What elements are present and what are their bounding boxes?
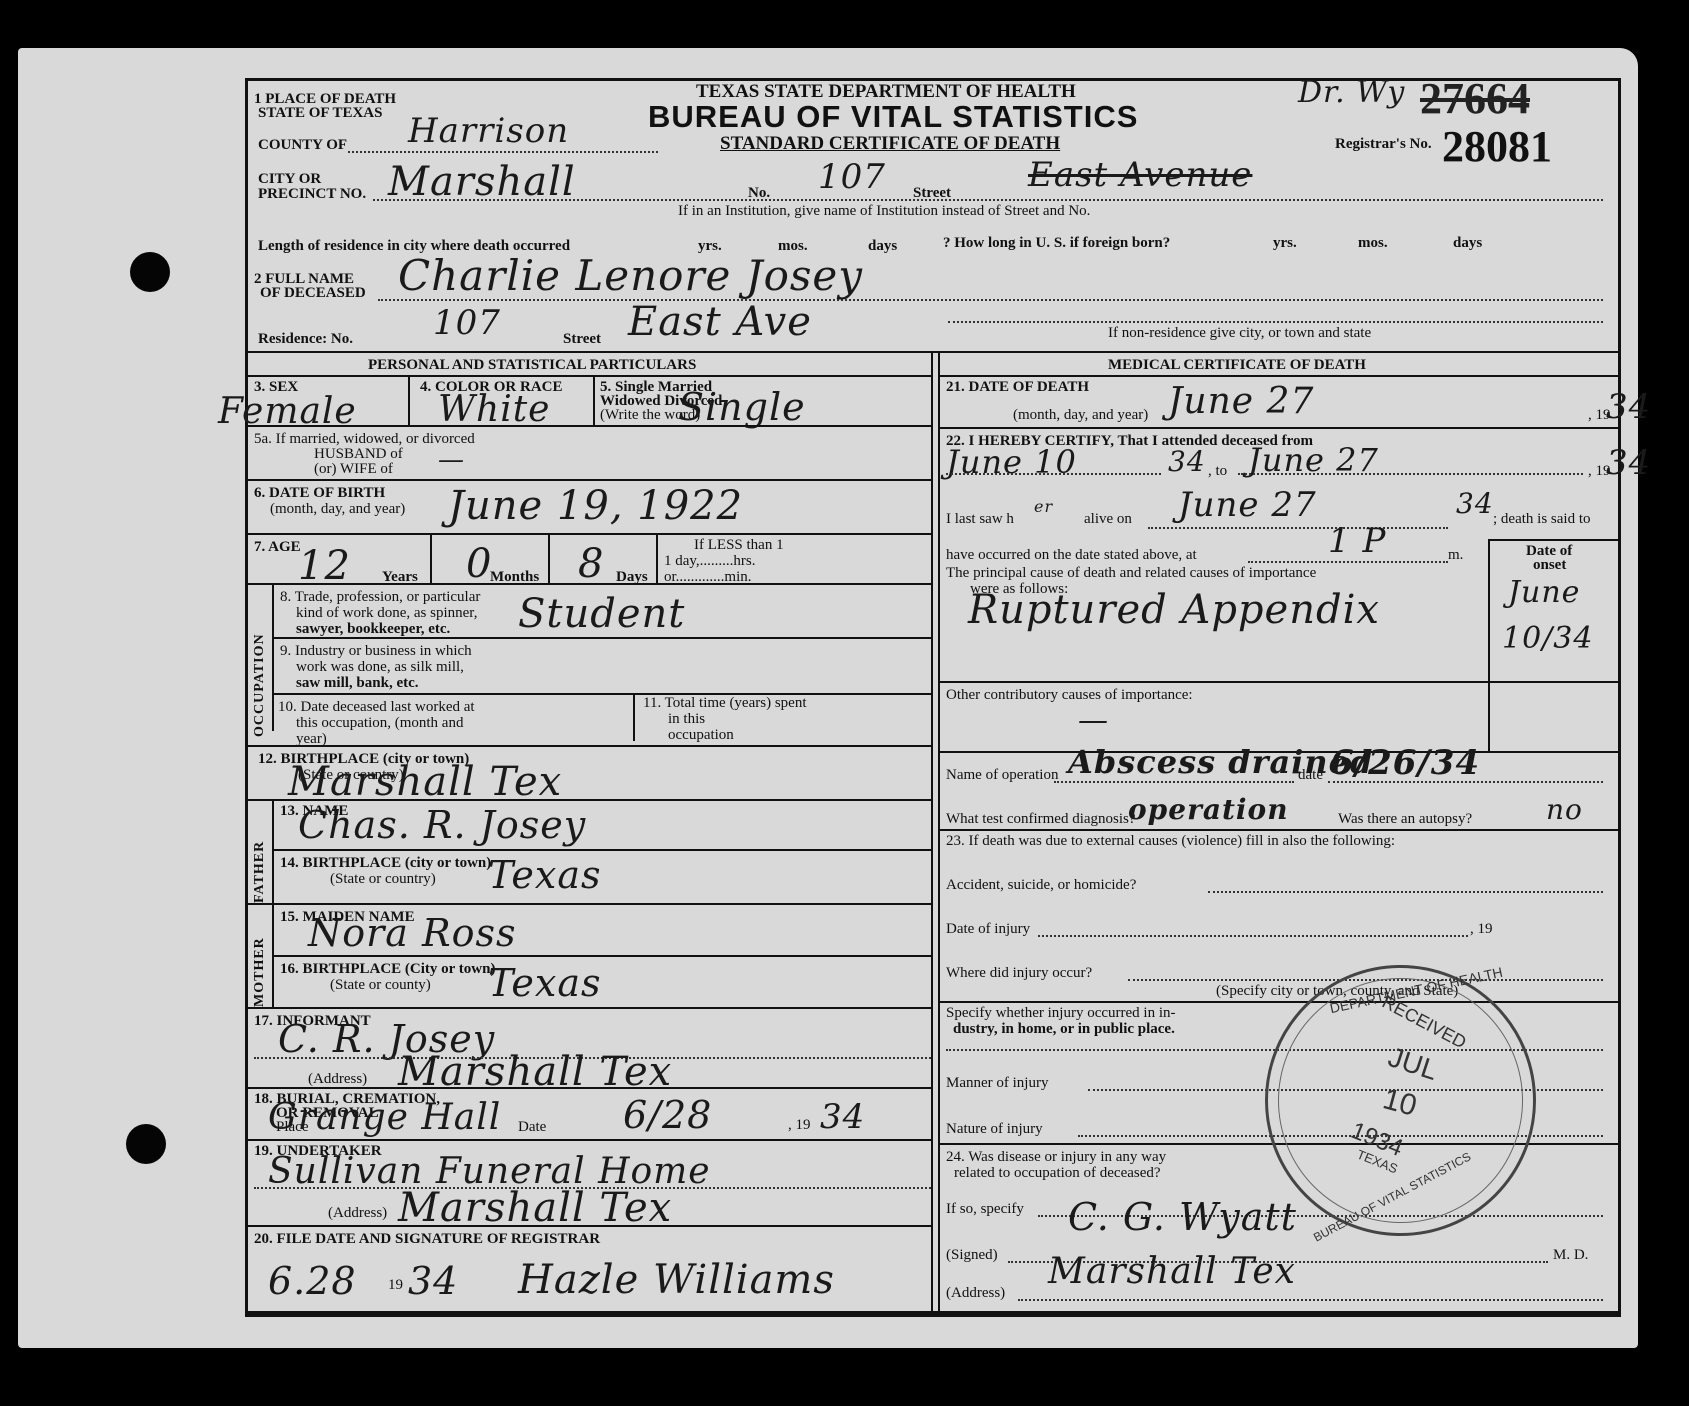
undertaker-address-label: (Address) (328, 1205, 387, 1221)
mother-maiden-value: Nora Ross (308, 911, 517, 955)
corner-note: Dr. Wy (1298, 75, 1405, 110)
last-saw-her: er (1034, 497, 1053, 516)
industry-label-1: 9. Industry or business in which (280, 643, 472, 659)
mother-birthplace-label-2: (State or county) (330, 977, 431, 993)
physician-signature: C. G. Wyatt (1068, 1195, 1297, 1239)
less-than-label-2: 1 day,.........hrs. (664, 553, 756, 569)
full-name-label-2: OF DECEASED (260, 285, 366, 301)
city-value: Marshall (388, 159, 576, 205)
registrar-number: 28081 (1442, 121, 1552, 172)
registrar-year-value: 34 (408, 1259, 458, 1303)
marital-value: Single (678, 385, 806, 429)
attended-to-year: 34 (1606, 443, 1651, 483)
date-of-death-label: 21. DATE OF DEATH (946, 379, 1089, 395)
md-label: M. D. (1553, 1247, 1588, 1263)
age-months-value: 0 (466, 541, 492, 587)
total-time-label-3: occupation (668, 727, 734, 743)
total-time-label-1: 11. Total time (years) spent (643, 695, 807, 711)
father-birthplace-label-2: (State or country) (330, 871, 436, 887)
time-of-death-value: 1 P (1328, 521, 1386, 561)
medical-section-title: MEDICAL CERTIFICATE OF DEATH (1108, 357, 1366, 373)
residence-street-value: East Ave (628, 299, 812, 345)
operation-date-label: date (1298, 767, 1323, 783)
trade-value: Student (518, 591, 685, 637)
accident-label: Accident, suicide, or homicide? (946, 877, 1136, 893)
burial-date-value: 6/28 (623, 1093, 712, 1137)
foreign-mos-label: mos. (1358, 235, 1388, 251)
specify-injury-label-1: Specify whether injury occurred in in- (946, 1005, 1176, 1021)
physician-address-label: (Address) (946, 1285, 1005, 1301)
county-value: Harrison (408, 111, 569, 151)
bureau-title: BUREAU OF VITAL STATISTICS (648, 99, 1138, 135)
residence-street-label: Street (563, 331, 601, 347)
nonresidence-note: If non-residence give city, or town and … (1108, 325, 1371, 341)
occupation-related-label-2: related to occupation of deceased? (954, 1165, 1161, 1181)
registrar-number-label: Registrar's No. (1335, 136, 1432, 152)
burial-date-label: Date (518, 1119, 546, 1135)
registrar-year-prefix: 19 (388, 1277, 403, 1293)
burial-place-value: Grange Hall (268, 1097, 501, 1138)
registrar-signature: Hazle Williams (518, 1257, 835, 1303)
personal-section-title: PERSONAL AND STATISTICAL PARTICULARS (368, 357, 696, 373)
last-worked-label-1: 10. Date deceased last worked at (278, 699, 475, 715)
father-birthplace-value: Texas (488, 853, 601, 897)
trade-label-2: kind of work done, as spinner, (296, 605, 477, 621)
punch-hole-top (130, 252, 170, 292)
nature-injury-label: Nature of injury (946, 1121, 1043, 1137)
last-saw-value: June 27 (1178, 485, 1317, 525)
date-of-death-year: 34 (1606, 387, 1651, 427)
trade-label-3: sawyer, bookkeeper, etc. (296, 621, 450, 637)
state-of-texas-label: STATE OF TEXAS (258, 105, 382, 121)
residence-no-value: 107 (433, 303, 501, 343)
autopsy-label: Was there an autopsy? (1338, 811, 1472, 827)
manner-injury-label: Manner of injury (946, 1075, 1048, 1091)
total-time-label-2: in this (668, 711, 705, 727)
spouse-label-3: (or) WIFE of (314, 461, 393, 477)
death-said-label: ; death is said to (1493, 511, 1591, 527)
residence-days-label: days (868, 238, 897, 254)
test-confirmed-label: What test confirmed diagnosis? (946, 811, 1136, 827)
foreign-born-label: ? How long in U. S. if foreign born? (943, 235, 1170, 251)
attended-to-label: , to (1208, 463, 1227, 479)
operation-date-value: 6/26/34 (1330, 743, 1480, 783)
certificate-type-title: STANDARD CERTIFICATE OF DEATH (720, 133, 1060, 155)
dob-value: June 19, 1922 (448, 483, 743, 529)
onset-label-2: onset (1533, 557, 1566, 573)
operation-value: Abscess drained (1068, 743, 1373, 781)
date-of-death-value: June 27 (1168, 381, 1314, 422)
test-confirmed-value: operation (1128, 793, 1289, 826)
foreign-yrs-label: yrs. (1273, 235, 1297, 251)
registrar-file-date: 6.28 (268, 1259, 357, 1303)
principal-cause-label-1: The principal cause of death and related… (946, 565, 1316, 581)
spouse-label-2: HUSBAND of (314, 446, 403, 462)
physician-address-value: Marshall Tex (1048, 1251, 1296, 1292)
county-label: COUNTY OF (258, 137, 347, 153)
trade-label-1: 8. Trade, profession, or particular (280, 589, 480, 605)
injury-date-label: Date of injury (946, 921, 1030, 937)
onset-value-1: June (1508, 575, 1580, 610)
less-than-label-1: If LESS than 1 (694, 537, 784, 553)
occupation-side-label: OCCUPATION (252, 587, 268, 737)
injury-where-label: Where did injury occur? (946, 965, 1092, 981)
attended-from-value: June 10 (946, 443, 1077, 481)
full-name-value: Charlie Lenore Josey (398, 251, 863, 300)
burial-year-value: 34 (820, 1097, 865, 1137)
industry-label-3: saw mill, bank, etc. (296, 675, 419, 691)
registrar-label: 20. FILE DATE AND SIGNATURE OF REGISTRAR (254, 1231, 600, 1247)
dob-label-2: (month, day, and year) (270, 501, 405, 517)
occurred-label: have occurred on the date stated above, … (946, 547, 1197, 563)
residence-no-label: Residence: No. (258, 331, 353, 347)
time-m-label: m. (1448, 547, 1463, 563)
contributory-label: Other contributory causes of importance: (946, 687, 1193, 703)
state-file-number-struck: 27664 (1420, 73, 1530, 124)
if-so-specify-label: If so, specify (946, 1201, 1024, 1217)
spouse-value: — (438, 445, 465, 475)
date-of-death-sub: (month, day, and year) (1013, 407, 1148, 423)
city-label-2: PRECINCT NO. (258, 186, 366, 202)
specify-injury-label-2: dustry, in home, or in public place. (953, 1021, 1175, 1037)
onset-value-2: 10/34 (1502, 621, 1593, 656)
punch-hole-bottom (126, 1124, 166, 1164)
informant-address-label: (Address) (308, 1071, 367, 1087)
dob-label-1: 6. DATE OF BIRTH (254, 485, 385, 501)
signed-label: (Signed) (946, 1247, 998, 1263)
external-causes-label: 23. If death was due to external causes … (946, 833, 1395, 849)
principal-cause-value: Ruptured Appendix (968, 587, 1380, 633)
injury-year-prefix: , 19 (1470, 921, 1493, 937)
age-label: 7. AGE (254, 539, 301, 555)
last-saw-label: I last saw h (946, 511, 1014, 527)
age-days-value: 8 (578, 541, 604, 587)
last-saw-year: 34 (1456, 487, 1494, 520)
received-stamp: DEPARTMENT OF HEALTH RECEIVED JUL 10 193… (1265, 965, 1536, 1236)
street-label: Street (913, 185, 951, 201)
attended-from-year: 34 (1168, 445, 1206, 478)
foreign-days-label: days (1453, 235, 1482, 251)
street-number-value: 107 (818, 157, 886, 197)
father-side-label: FATHER (252, 803, 268, 903)
father-birthplace-label-1: 14. BIRTHPLACE (city or town) (280, 855, 491, 871)
last-worked-label-2: this occupation, (month and (296, 715, 463, 731)
alive-on-label: alive on (1084, 511, 1132, 527)
mother-birthplace-value: Texas (488, 961, 601, 1005)
operation-label: Name of operation (946, 767, 1058, 783)
burial-year-prefix: , 19 (788, 1117, 811, 1133)
autopsy-value: no (1546, 793, 1583, 826)
father-name-value: Chas. R. Josey (298, 803, 586, 847)
street-value: East Avenue (1028, 155, 1252, 195)
industry-label-2: work was done, as silk mill, (296, 659, 464, 675)
street-number-label: No. (748, 185, 770, 201)
institution-note: If in an Institution, give name of Insti… (678, 203, 1090, 219)
occupation-related-label-1: 24. Was disease or injury in any way (946, 1149, 1166, 1165)
contributory-value: — (1078, 703, 1109, 738)
mother-side-label: MOTHER (252, 907, 268, 1007)
mother-birthplace-label-1: 16. BIRTHPLACE (City or town) (280, 961, 495, 977)
city-label-1: CITY OR (258, 171, 321, 187)
race-value: White (438, 389, 550, 430)
